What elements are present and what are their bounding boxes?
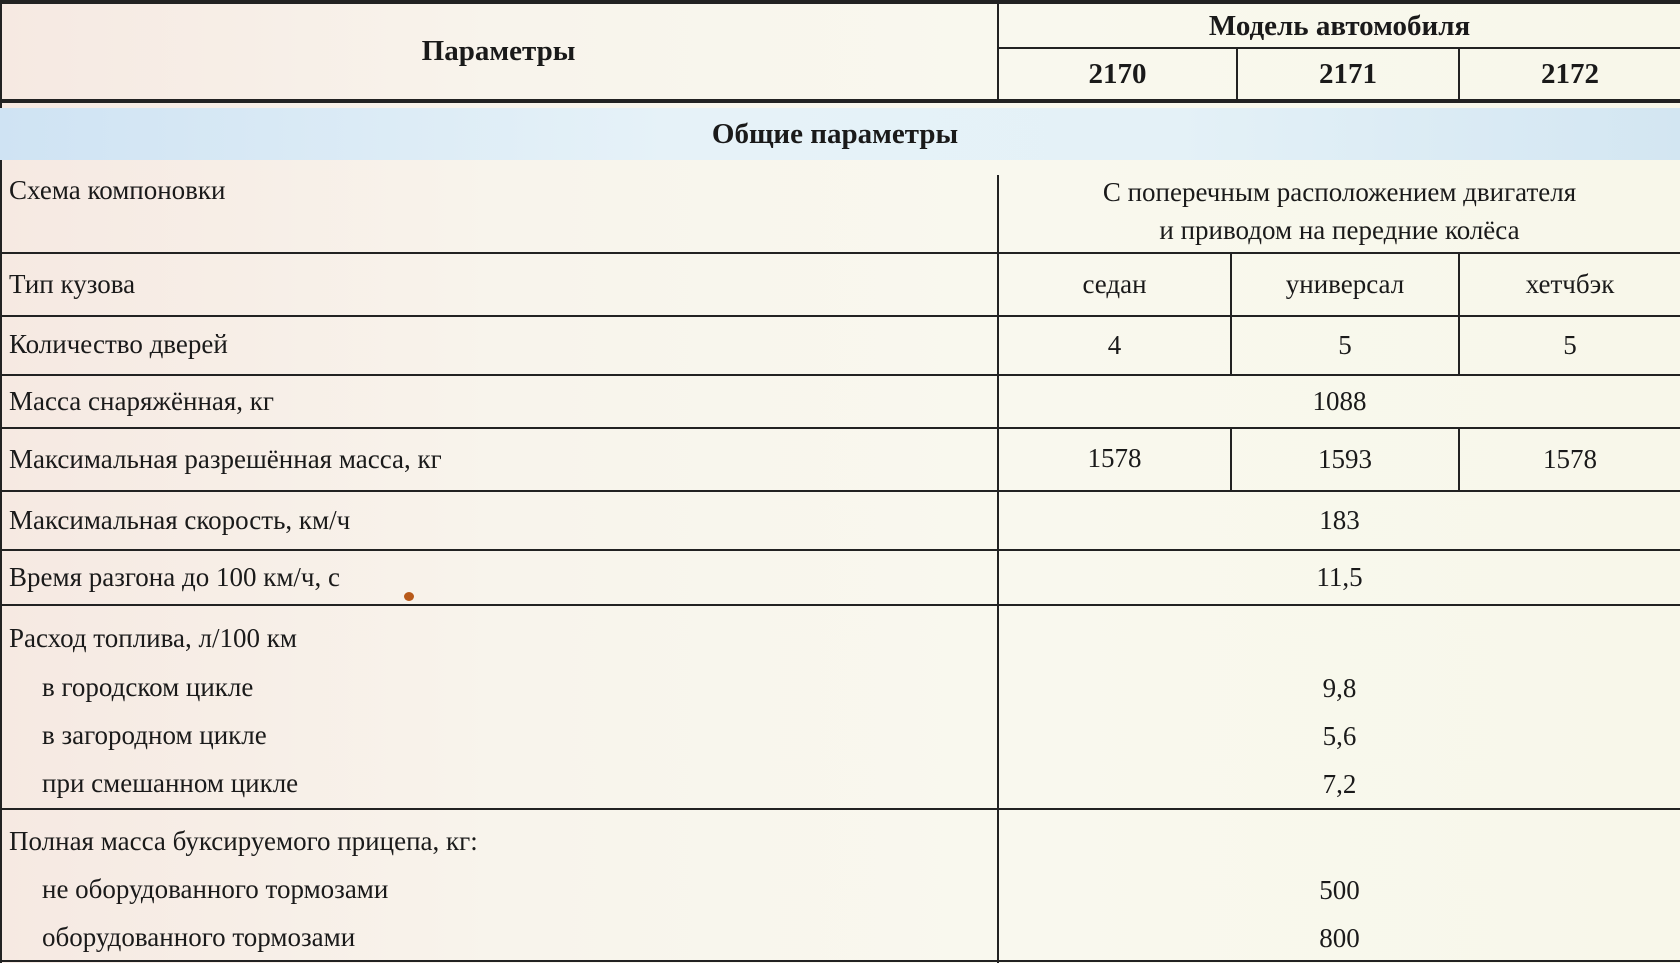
doors-2170: 4 bbox=[999, 317, 1230, 374]
max-mass-2170: 1578 bbox=[999, 429, 1230, 487]
doors-2171: 5 bbox=[1232, 317, 1458, 374]
max-mass-2171: 1593 bbox=[1232, 429, 1458, 490]
layout-value-line1: С поперечным расположением двигателя bbox=[999, 173, 1680, 211]
row-label-max-speed: Максимальная скорость, км/ч bbox=[9, 492, 350, 549]
acceleration-value: 11,5 bbox=[999, 551, 1680, 604]
fuel-highway-value: 5,6 bbox=[999, 713, 1680, 759]
max-mass-2172: 1578 bbox=[1460, 429, 1680, 490]
row-label-fuel: Расход топлива, л/100 км bbox=[9, 615, 297, 661]
fuel-city-value: 9,8 bbox=[999, 665, 1680, 711]
spec-table-page: Параметры Модель автомобиля 2170 2171 21… bbox=[0, 0, 1680, 963]
body-type-2172: хетчбэк bbox=[1460, 254, 1680, 315]
header-bottom-border bbox=[0, 99, 1680, 103]
model-2170-header: 2170 bbox=[999, 49, 1236, 99]
fuel-city-label: в городском цикле bbox=[42, 664, 253, 710]
model-header: Модель автомобиля bbox=[999, 4, 1680, 48]
trailer-unbraked-label: не оборудованного тормозами bbox=[42, 866, 388, 912]
curb-mass-value: 1088 bbox=[999, 376, 1680, 427]
row-label-doors: Количество дверей bbox=[9, 317, 228, 371]
fuel-combined-label: при смешанном цикле bbox=[42, 760, 298, 806]
trailer-unbraked-value: 500 bbox=[999, 867, 1680, 913]
row-label-max-mass: Максимальная разрешённая масса, кг bbox=[9, 429, 442, 490]
row-label-acceleration: Время разгона до 100 км/ч, с bbox=[9, 551, 340, 604]
doors-2172: 5 bbox=[1460, 317, 1680, 374]
divider bbox=[0, 808, 1680, 810]
body-type-2170: седан bbox=[999, 254, 1230, 315]
divider bbox=[0, 160, 2, 963]
section-title: Общие параметры bbox=[0, 108, 1670, 160]
fuel-combined-value: 7,2 bbox=[999, 761, 1680, 807]
row-label-layout: Схема компоновки bbox=[9, 172, 226, 208]
row-label-curb-mass: Масса снаряжённая, кг bbox=[9, 376, 274, 427]
max-speed-value: 183 bbox=[999, 492, 1680, 549]
trailer-braked-value: 800 bbox=[999, 915, 1680, 961]
row-label-trailer: Полная масса буксируемого прицепа, кг: bbox=[9, 818, 478, 864]
model-2172-header: 2172 bbox=[1460, 49, 1680, 99]
params-header: Параметры bbox=[0, 4, 997, 99]
body-type-2171: универсал bbox=[1232, 254, 1458, 315]
print-blemish bbox=[404, 592, 414, 601]
trailer-braked-label: оборудованного тормозами bbox=[42, 914, 355, 960]
layout-value-line2: и приводом на передние колёса bbox=[999, 211, 1680, 249]
fuel-highway-label: в загородном цикле bbox=[42, 712, 267, 758]
row-label-body-type: Тип кузова bbox=[9, 254, 135, 315]
divider bbox=[0, 604, 1680, 606]
model-2171-header: 2171 bbox=[1238, 49, 1458, 99]
